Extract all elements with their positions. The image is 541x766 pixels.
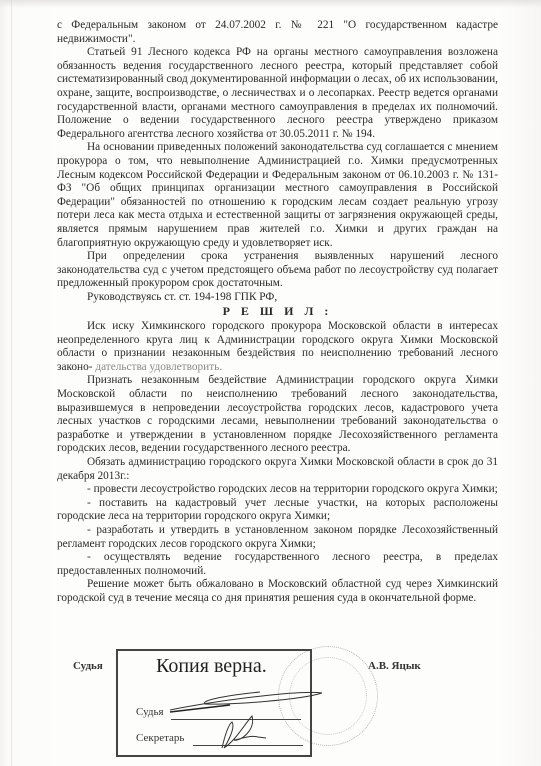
handwritten-signature	[0, 0, 541, 766]
document-page: с Федеральным законом от 24.07.2002 г. №…	[0, 0, 541, 766]
